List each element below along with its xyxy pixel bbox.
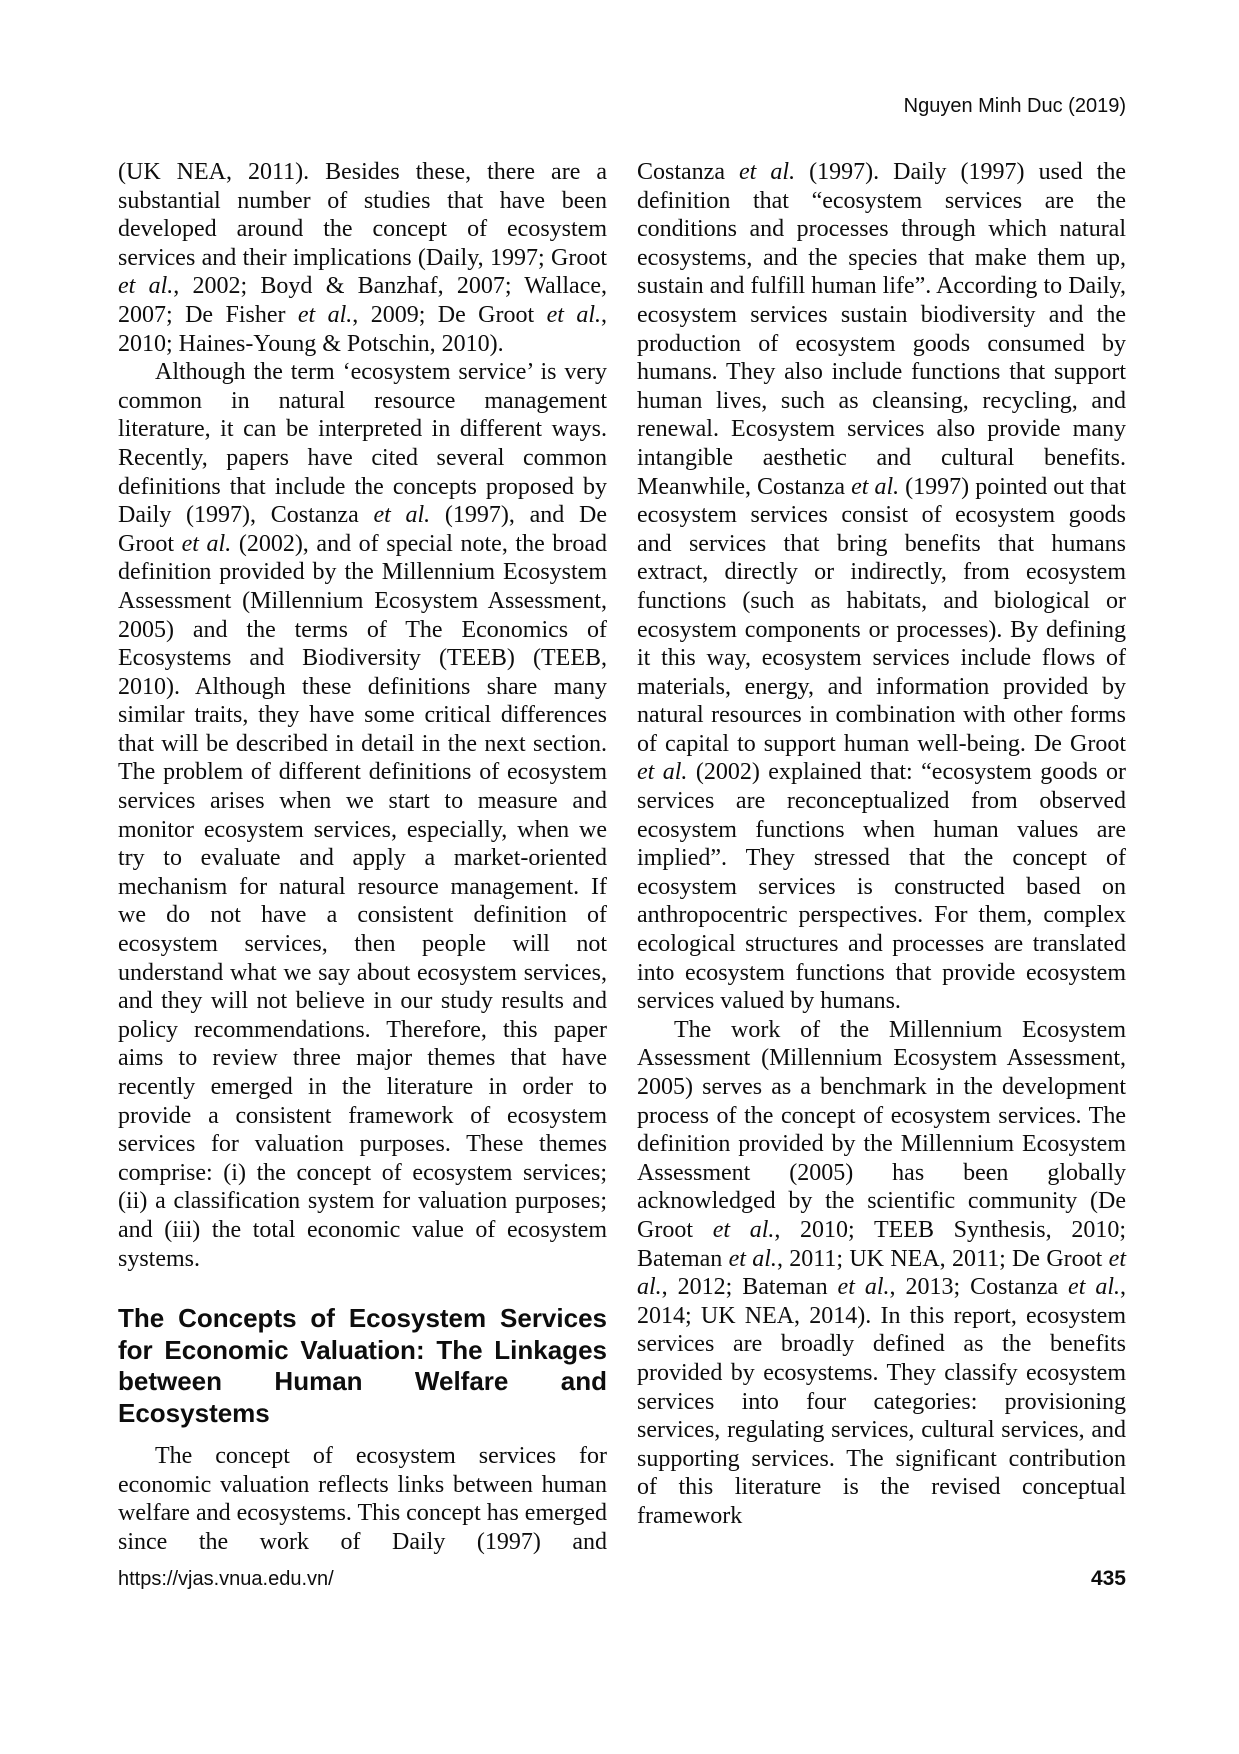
- running-header: Nguyen Minh Duc (2019): [118, 94, 1126, 118]
- paragraph: The work of the Millennium Ecosystem Ass…: [637, 1016, 1126, 1531]
- right-column: Costanza et al. (1997). Daily (1997) use…: [637, 158, 1126, 1557]
- document-page: Nguyen Minh Duc (2019) (UK NEA, 2011). B…: [0, 0, 1239, 1754]
- paragraph: (UK NEA, 2011). Besides these, there are…: [118, 158, 607, 358]
- journal-url: https://vjas.vnua.edu.vn/: [118, 1567, 334, 1592]
- section-heading: The Concepts of Ecosystem Services for E…: [118, 1303, 607, 1429]
- page-footer: https://vjas.vnua.edu.vn/ 435: [118, 1566, 1126, 1592]
- page-body: (UK NEA, 2011). Besides these, there are…: [118, 158, 1126, 1557]
- paragraph: Costanza et al. (1997). Daily (1997) use…: [637, 158, 1126, 1016]
- paragraph: Although the term ‘ecosystem service’ is…: [118, 358, 607, 1273]
- page-number: 435: [1091, 1566, 1126, 1591]
- left-column: (UK NEA, 2011). Besides these, there are…: [118, 158, 607, 1557]
- paragraph: The concept of ecosystem services for ec…: [118, 1442, 607, 1556]
- header-author-year: Nguyen Minh Duc (2019): [904, 95, 1126, 117]
